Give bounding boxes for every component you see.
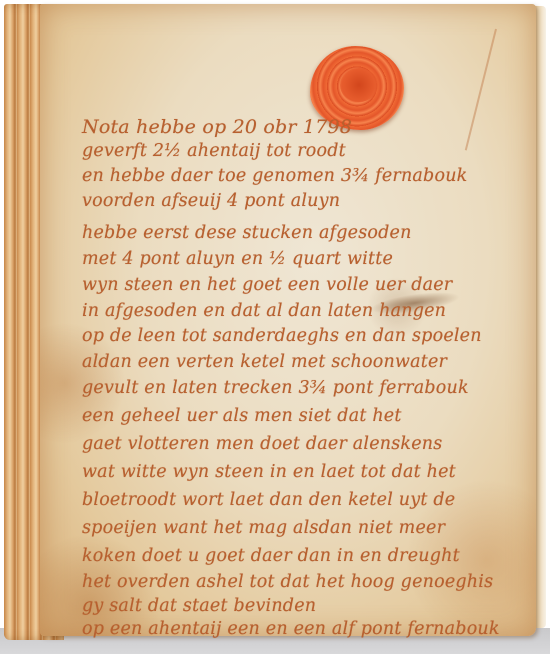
text-line-3: en hebbe daer toe genomen 3¾ fernabouk [82, 166, 467, 186]
text-line-13: gaet vlotteren men doet daer alenskens [82, 434, 442, 454]
text-line-16: spoeijen want het mag alsdan niet meer [82, 518, 445, 538]
text-line-9: op de leen tot sanderdaeghs en dan spoel… [82, 326, 482, 346]
text-line-17: koken doet u goet daer dan in en dreught [82, 546, 460, 566]
text-line-8: in afgesoden en dat al dan laten hangen [82, 301, 446, 321]
text-line-5: hebbe eerst dese stucken afgesoden [82, 223, 412, 243]
text-line-11: gevult en laten trecken 3¾ pont ferrabou… [82, 378, 469, 398]
text-line-15: bloetroodt wort laet dan den ketel uyt d… [82, 490, 455, 510]
text-line-4: voorden afseuij 4 pont aluyn [82, 191, 340, 211]
text-line-18: het overden ashel tot dat het hoog genoe… [82, 572, 493, 592]
text-line-10: aldan een verten ketel met schoonwater [82, 352, 447, 372]
text-line-19: gy salt dat staet bevinden [82, 596, 316, 616]
manuscript-photo: Nota hebbe op 20 obr 1798 geverft 2½ ahe… [0, 0, 550, 654]
text-line-6: met 4 pont aluyn en ½ quart witte [82, 249, 393, 269]
text-line-7: wyn steen en het goet een volle uer daer [82, 275, 452, 295]
text-line-20: op een ahentaij een en een alf pont fern… [82, 619, 500, 639]
text-line-14: wat witte wyn steen in en laet tot dat h… [82, 462, 456, 482]
paper-crease [465, 29, 497, 151]
text-line-1: Nota hebbe op 20 obr 1798 [82, 116, 352, 138]
text-line-2: geverft 2½ ahentaij tot roodt [82, 141, 346, 161]
text-line-12: een geheel uer als men siet dat het [82, 406, 402, 426]
